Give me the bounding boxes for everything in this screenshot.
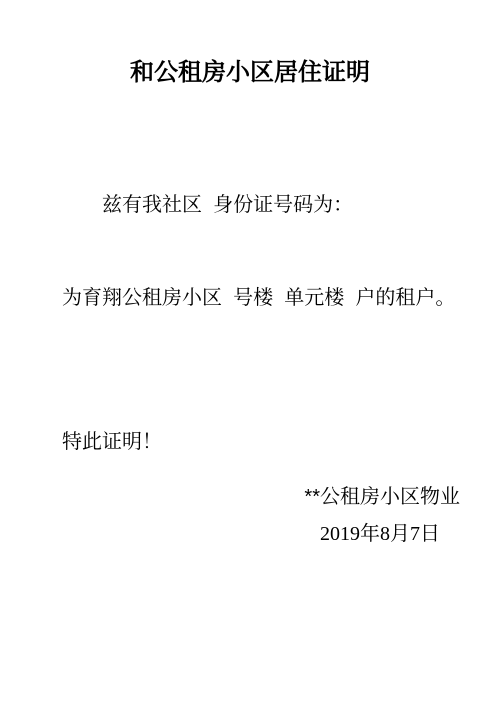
signature-block: **公租房小区物业 2019年8月7日 [0, 482, 500, 550]
date-line: 2019年8月7日 [0, 519, 500, 550]
body-line-2: 为育翔公租房小区 号楼 单元楼 户的租户。 [62, 283, 470, 314]
document-title: 和公租房小区居住证明 [0, 0, 500, 90]
closing-statement: 特此证明！ [0, 427, 500, 458]
signature-line: **公租房小区物业 [0, 482, 500, 513]
body-paragraph: 兹有我社区 身份证号码为： 为育翔公租房小区 号楼 单元楼 户的租户。 [0, 128, 500, 376]
document-page: 和公租房小区居住证明 兹有我社区 身份证号码为： 为育翔公租房小区 号楼 单元楼… [0, 0, 500, 707]
body-line-1: 兹有我社区 身份证号码为： [62, 190, 470, 221]
